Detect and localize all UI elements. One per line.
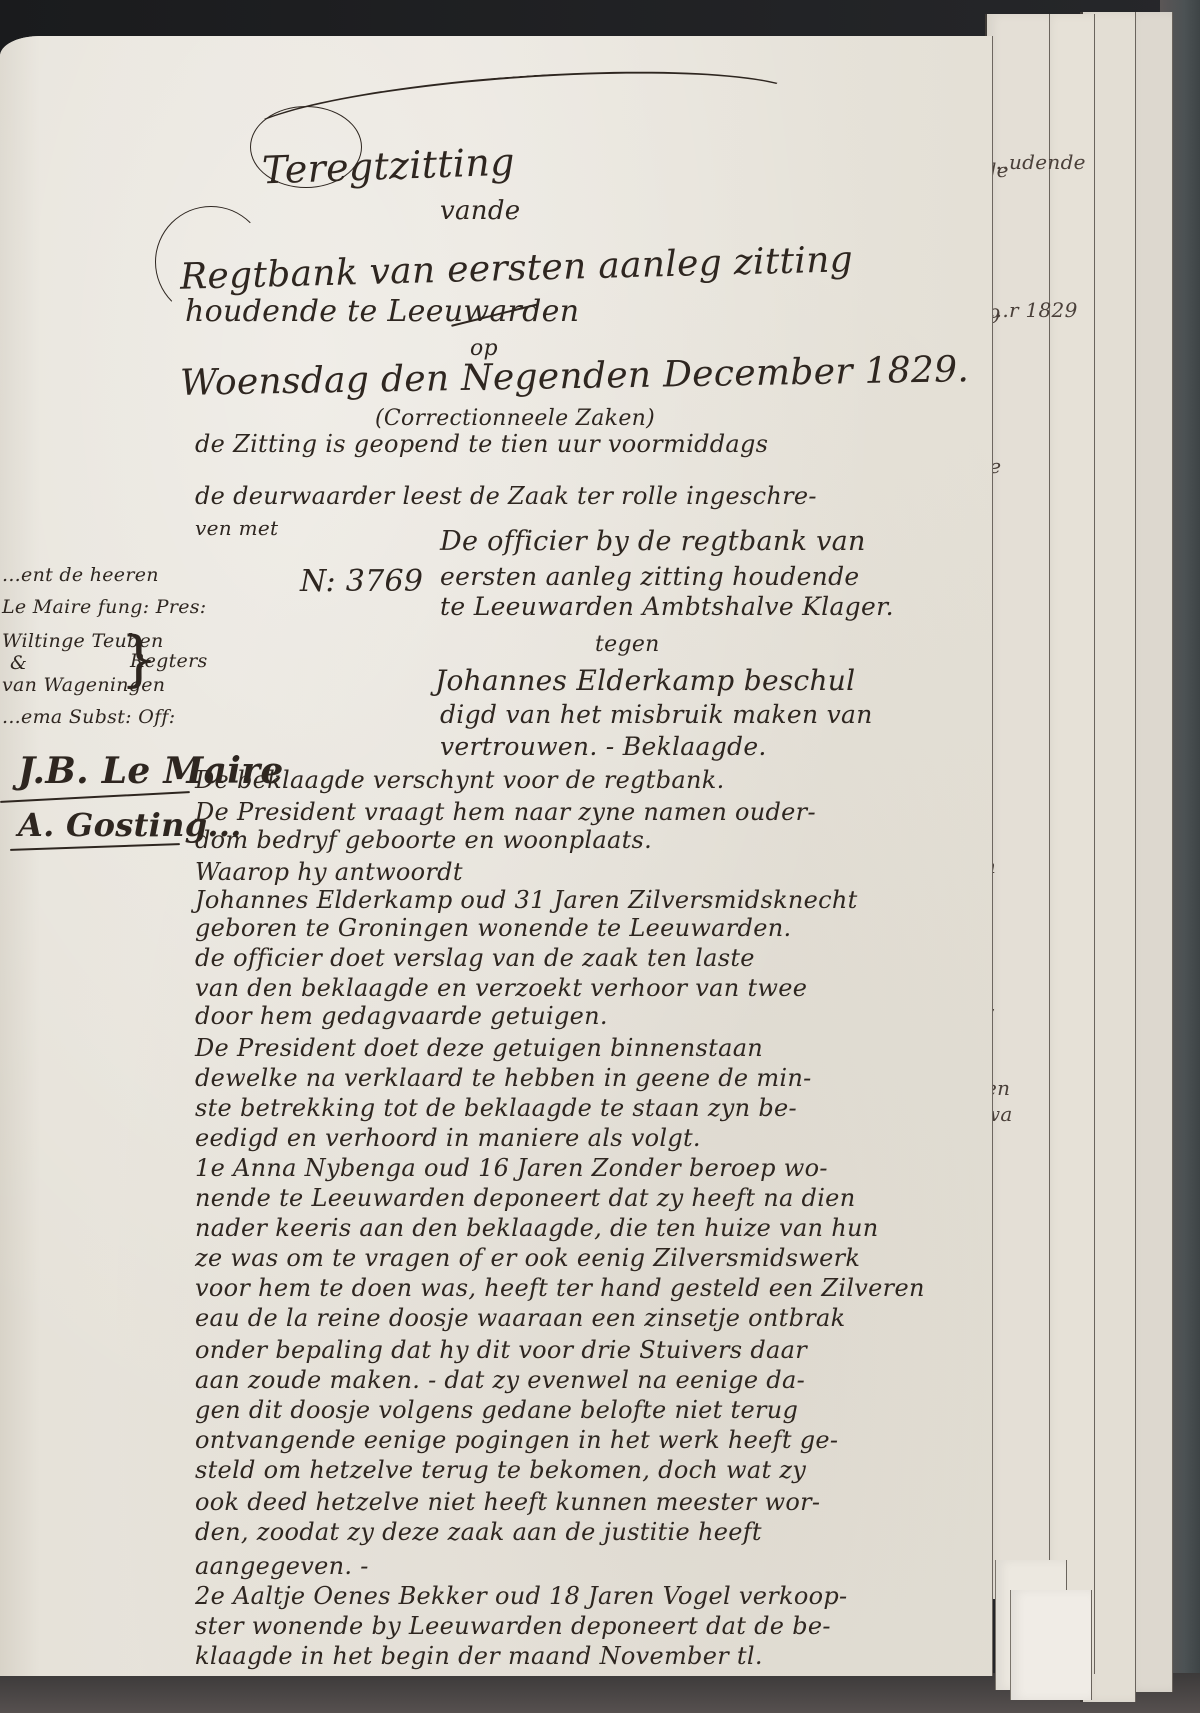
body-line: dom bedryf geboorte en woonplaats.: [195, 826, 652, 854]
body-line: De President vraagt hem naar zyne namen …: [195, 798, 816, 826]
heading-vande: vande: [440, 196, 520, 226]
underlying-page-corner: [1010, 1590, 1092, 1700]
signature-underline: [0, 791, 190, 803]
body-line: van den beklaagde en verzoekt verhoor va…: [195, 974, 807, 1002]
body-line: klaagde in het begin der maand November …: [195, 1642, 763, 1670]
body-line: ste betrekking tot de beklaagde te staan…: [195, 1094, 797, 1122]
case-line: vertrouwen. - Beklaagde.: [440, 732, 767, 761]
body-line: door hem gedagvaarde getuigen.: [195, 1002, 608, 1030]
manuscript-page: Teregtzitting vande Regtbank van eersten…: [0, 36, 993, 1676]
margin-note: &: [10, 652, 27, 674]
body-line: nader keeris aan den beklaagde, die ten …: [195, 1214, 879, 1242]
body-line: ontvangende eenige pogingen in het werk …: [195, 1426, 838, 1454]
margin-note: ...ema Subst: Off:: [2, 706, 175, 728]
underlying-page: ...udende ...r 1829: [985, 14, 1050, 1599]
opening-line: de deurwaarder leest de Zaak ter rolle i…: [195, 482, 817, 510]
signature-underline: [10, 843, 180, 851]
heading-date: Woensdag den Negenden December 1829.: [180, 349, 970, 404]
body-line: eau de la reine doosje waaraan een zinse…: [195, 1304, 845, 1332]
body-line: 2e Aaltje Oenes Bekker oud 18 Jaren Voge…: [195, 1582, 847, 1610]
case-line: eersten aanleg zitting houdende: [440, 562, 859, 591]
margin-note: ...ent de heeren: [2, 564, 159, 586]
body-line: Johannes Elderkamp oud 31 Jaren Zilversm…: [195, 886, 858, 914]
case-line: De officier by de regtbank van: [440, 526, 866, 557]
heading-court-name: Regtbank van eersten aanleg zitting: [180, 239, 854, 298]
underlying-fragment: ...r 1829: [989, 298, 1078, 322]
body-line: nende te Leeuwarden deponeert dat zy hee…: [195, 1184, 855, 1212]
heading-location: houdende te Leeuwarden: [185, 294, 579, 329]
body-line: De President doet deze getuigen binnenst…: [195, 1034, 763, 1062]
brace-symbol: }: [120, 624, 158, 694]
body-line: 1e Anna Nybenga oud 16 Jaren Zonder bero…: [195, 1154, 828, 1182]
opening-line: de Zitting is geopend te tien uur voormi…: [195, 430, 768, 458]
body-line: ook deed hetzelve niet heeft kunnen mees…: [195, 1488, 820, 1516]
body-line: steld om hetzelve terug te bekomen, doch…: [195, 1456, 806, 1484]
body-line: eedigd en verhoord in maniere als volgt.: [195, 1124, 701, 1152]
body-line: ster wonende by Leeuwarden deponeert dat…: [195, 1612, 831, 1640]
heading-category: (Correctionneele Zaken): [375, 406, 655, 431]
body-line: aan zoude maken. - dat zy evenwel na een…: [195, 1366, 805, 1394]
opening-line: ven met: [195, 516, 278, 540]
body-line: aangegeven. -: [195, 1552, 369, 1580]
case-number: N: 3769: [300, 564, 423, 599]
body-line: Waarop hy antwoordt: [195, 858, 463, 886]
case-line: te Leeuwarden Ambtshalve Klager.: [440, 592, 894, 621]
body-line: voor hem te doen was, heeft ter hand ges…: [195, 1274, 925, 1302]
case-line: digd van het misbruik maken van: [440, 700, 873, 729]
body-line: geboren te Groningen wonende te Leeuward…: [195, 914, 791, 942]
body-line: onder bepaling dat hy dit voor drie Stui…: [195, 1336, 807, 1364]
body-line: dewelke na verklaard te hebben in geene …: [195, 1064, 812, 1092]
heading-teregtzitting: Teregtzitting: [261, 140, 515, 193]
body-line: ze was om te vragen of er ook eenig Zilv…: [195, 1244, 860, 1272]
body-line: den, zoodat zy deze zaak aan de justitie…: [195, 1518, 762, 1546]
body-line: de officier doet verslag van de zaak ten…: [195, 944, 755, 972]
body-line: De beklaagde verschynt voor de regtbank.: [195, 766, 725, 794]
defendant-name: Johannes Elderkamp beschul: [435, 664, 855, 697]
case-tegen: tegen: [595, 632, 660, 657]
body-line: gen dit doosje volgens gedane belofte ni…: [195, 1396, 798, 1424]
margin-note: Le Maire fung: Pres:: [2, 596, 207, 618]
